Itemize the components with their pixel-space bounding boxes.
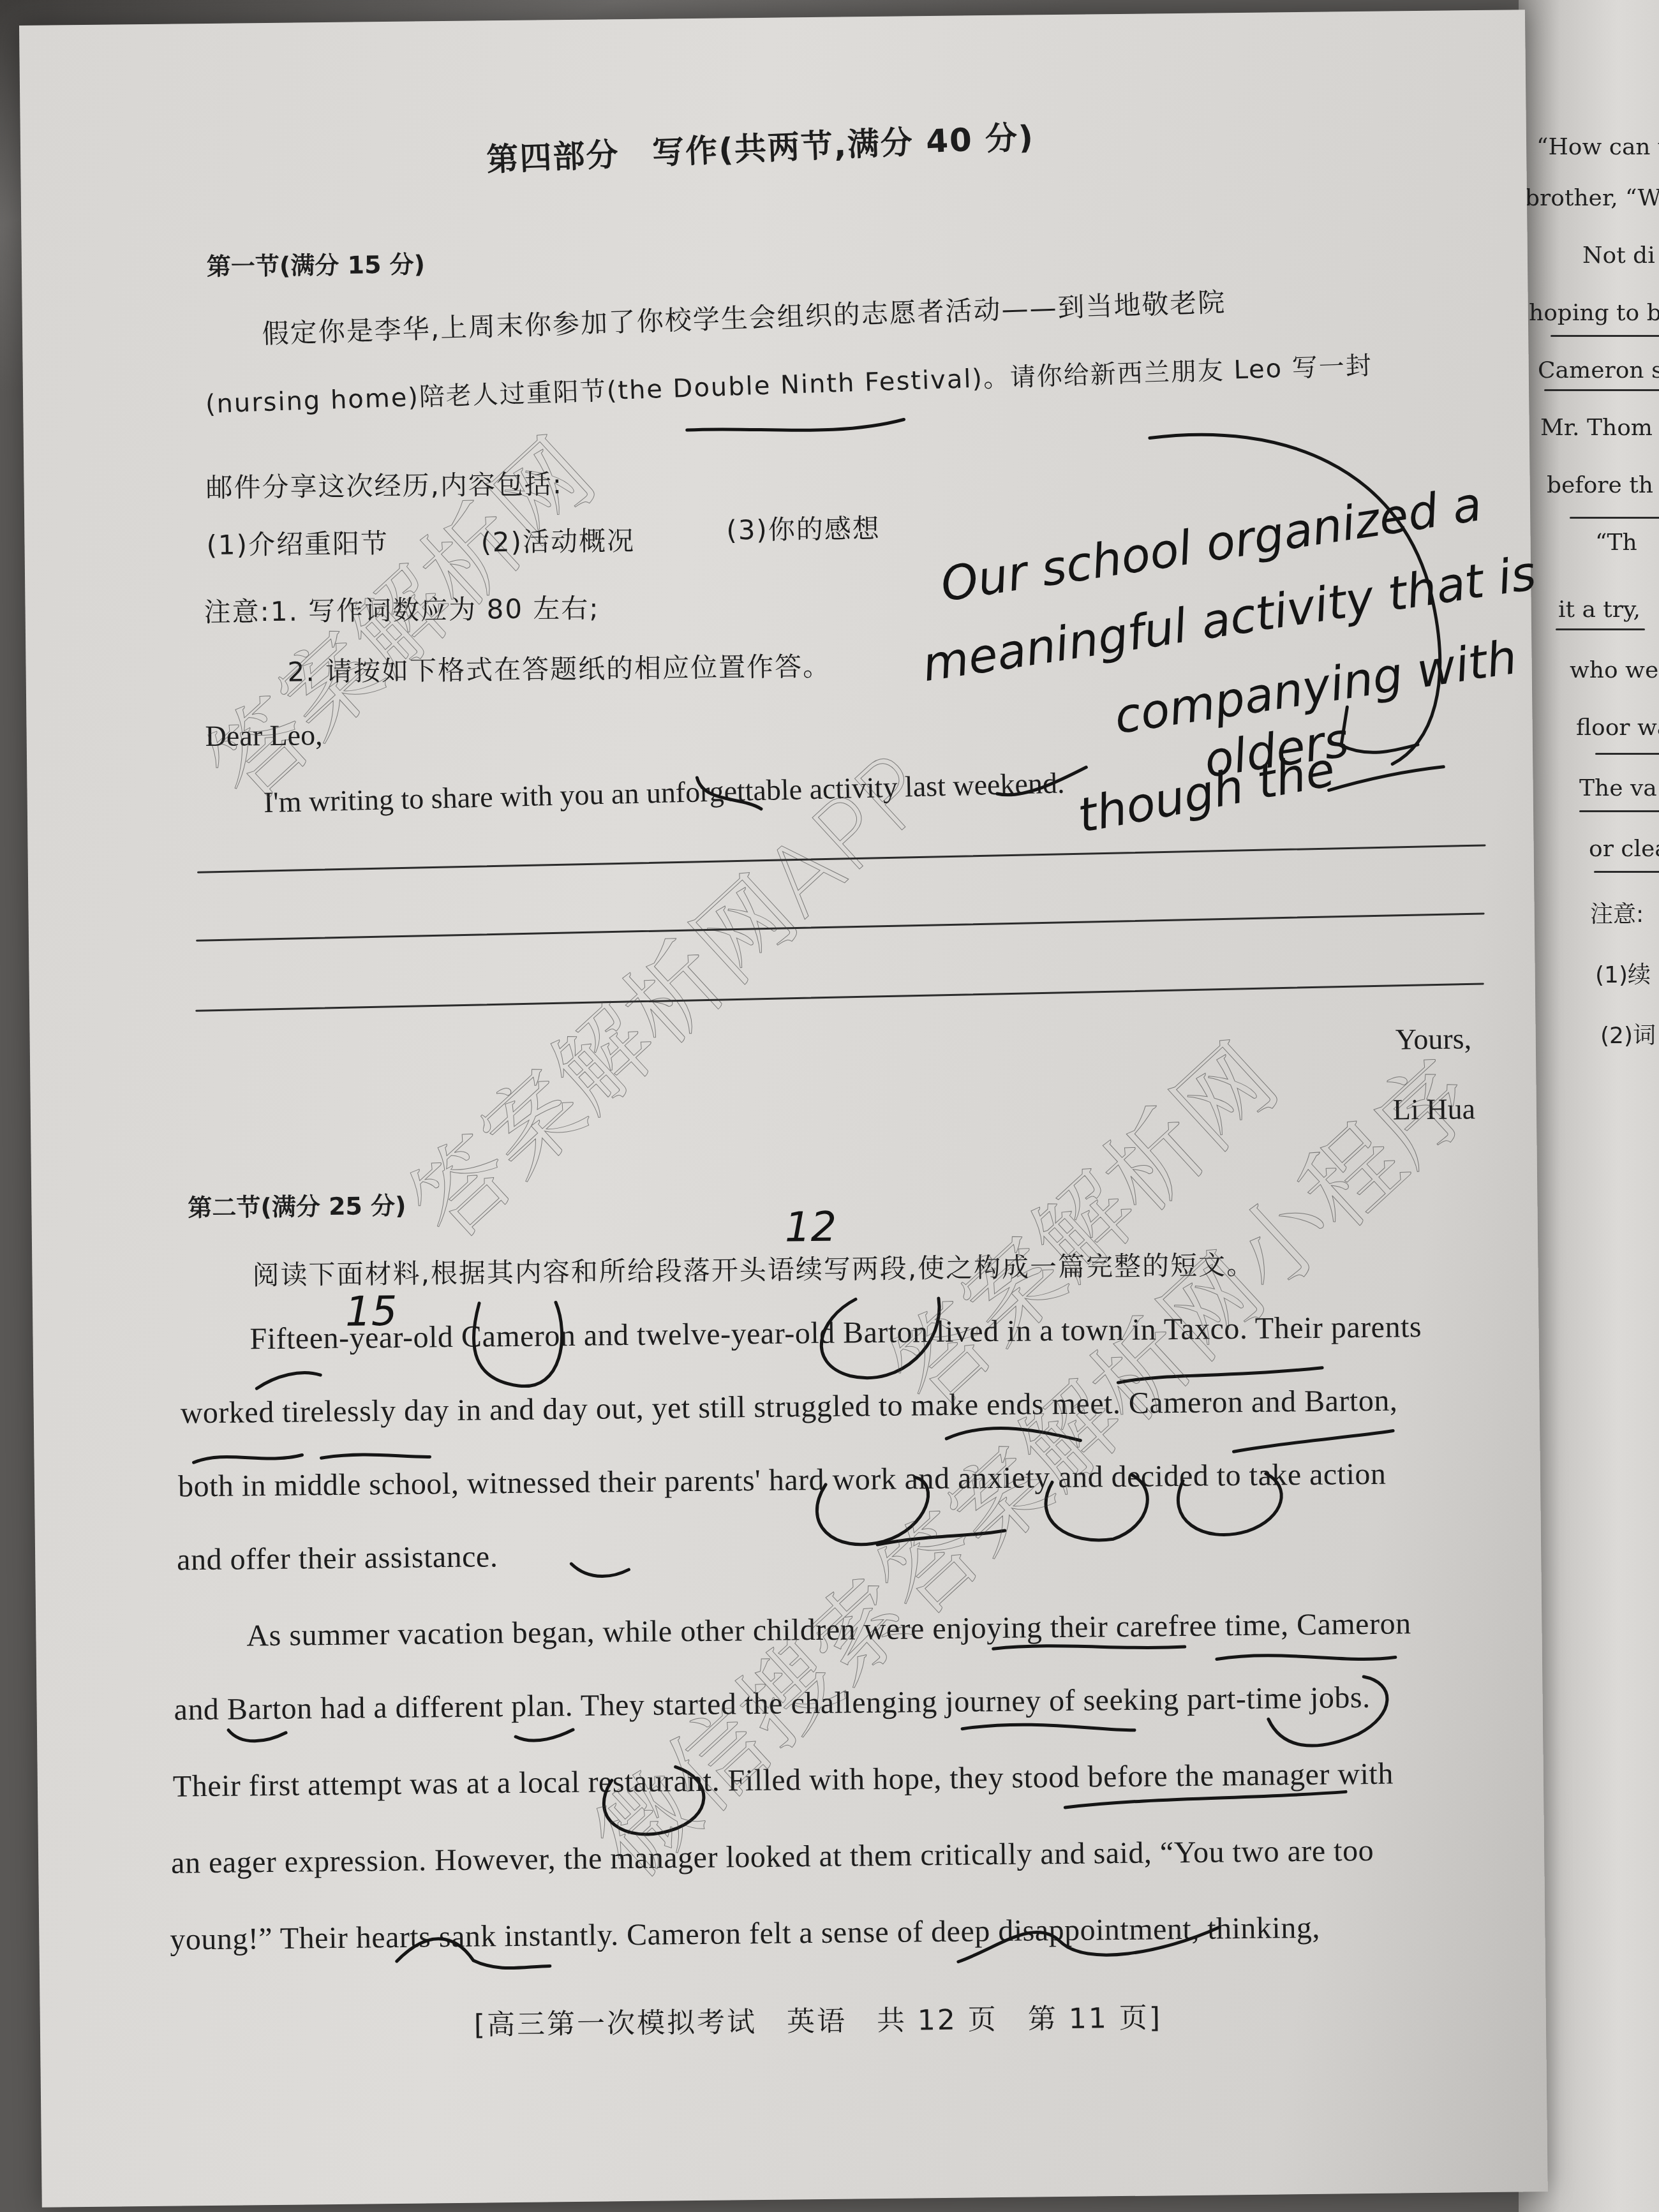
answer-line [196,912,1485,941]
story-line: and offer their assistance. [177,1539,498,1577]
story-line: both in middle school, witnessed their p… [178,1457,1387,1504]
content-point: (3)你的感想 [726,508,881,548]
letter-signature: Li Hua [1393,1092,1476,1126]
adjacent-line: floor wa [1576,715,1659,741]
adjacent-line: it a try, [1558,597,1640,623]
adjacent-line: Mr. Thom [1540,415,1653,441]
answer-line [195,983,1484,1011]
adjacent-line: (2)词 [1600,1018,1656,1050]
adjacent-line: brother, “W [1525,185,1659,211]
watermark: 答案解析网 [856,1007,1302,1433]
story-line: As summer vacation began, while other ch… [246,1606,1411,1653]
adjacent-line: before th [1547,472,1653,498]
adjacent-line: “How can w [1536,134,1659,160]
section2-instruction: 阅读下面材料,根据其内容和所给段落开头语续写两段,使之构成一篇完整的短文。 [252,1244,1254,1293]
adjacent-line: 注意: [1590,896,1644,929]
story-line: Their first attempt was at a local resta… [173,1756,1394,1804]
adjacent-line: Not di [1582,242,1655,269]
story-line: and Barton had a different plan. They st… [174,1680,1370,1728]
letter-salutation: Dear Leo, [205,718,322,753]
prompt-line: 假定你是李华,上周末你参加了你校学生会组织的志愿者活动——到当地敬老院 [262,281,1227,352]
note-line: 注意:1. 写作词数应为 80 左右; [204,588,599,630]
margin-number: 12 [784,1204,837,1252]
margin-number: 15 [345,1288,398,1336]
adjacent-line: The va [1579,775,1657,801]
prompt-line: 邮件分享这次经历,内容包括: [205,463,563,505]
adjacent-line: (1)续 [1595,957,1651,990]
adjacent-line: Cameron s [1538,357,1659,383]
story-line: worked tirelessly day in and day out, ye… [181,1383,1398,1430]
adjacent-line: or clea [1589,836,1659,862]
section2-heading: 第二节(满分 25 分) [188,1186,406,1224]
story-line: Fifteen-year-old Cameron and twelve-year… [249,1309,1422,1356]
note-line: 2. 请按如下格式在答题纸的相应位置作答。 [287,646,831,690]
story-line: an eager expression. However, the manage… [171,1833,1374,1881]
letter-opening: I'm writing to share with you an unforge… [263,766,1064,819]
section1-heading: 第一节(满分 15 分) [207,244,426,282]
prompt-line: (nursing home)陪老人过重阳节(the Double Ninth F… [205,345,1373,420]
page-footer: [高三第一次模拟考试 英语 共 12 页 第 11 页] [473,1994,1162,2042]
content-point: (2)活动概况 [480,520,635,560]
content-point: (1)介绍重阳节 [206,523,389,563]
adjacent-line: “Th [1595,530,1637,556]
story-line: young!” Their hearts sank instantly. Cam… [170,1910,1320,1957]
letter-closing: Yours, [1395,1021,1471,1056]
adjacent-line: who we [1570,657,1658,683]
exam-page: 第四部分 写作(共两节,满分 40 分) 第一节(满分 15 分) 假定你是李华… [19,10,1548,2208]
part-title: 第四部分 写作(共两节,满分 40 分) [486,112,1035,181]
answer-line [197,844,1486,873]
adjacent-line: hoping to b [1529,300,1659,326]
